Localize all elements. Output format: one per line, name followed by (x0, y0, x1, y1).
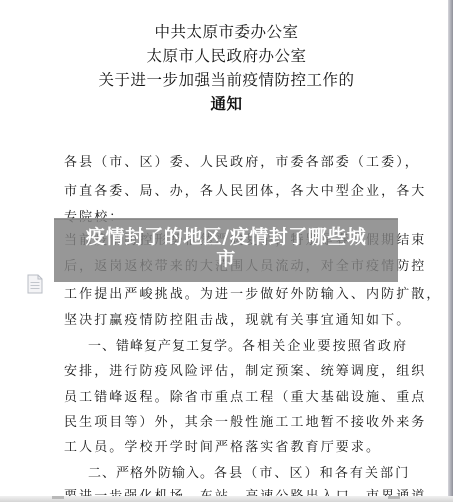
title-subject: 关于进一步加强当前疫情防控工作的 (0, 68, 453, 92)
section-1-first-line: 一、错峰复产复工复学。各相关企业要按照省政府 (88, 335, 418, 354)
section-1-line-3: 民生项目等）外，其余一般性施工工地暂不接收外来务 (64, 411, 394, 430)
document-page: 中共太原市委办公室 太原市人民政府办公室 关于进一步加强当前疫情防控工作的 通知… (0, 0, 453, 502)
section-2-heading: 二、严格外防输入。 (88, 466, 214, 481)
headline-text[interactable]: 疫情封了的地区/疫情封了哪些城 市 (56, 218, 396, 270)
body-line-2: 坚决打赢疫情防控阻击战，现就有关事宜通知如下。 (64, 309, 394, 328)
section-1-line-2: 员工错峰返程。除省市重点工程（重大基础设施、重点 (64, 386, 394, 405)
bottom-edge-tick-right (388, 496, 400, 499)
headline-line-1: 疫情封了的地区/疫情封了哪些城 (56, 218, 396, 248)
section-2-first-line-rest: 各县（市、区）和各有关部门 (214, 466, 410, 481)
headline-line-2: 市 (56, 248, 396, 270)
bottom-page-edge (0, 496, 453, 502)
right-scroll-edge[interactable] (448, 0, 453, 502)
section-1-heading: 一、错峰复产复工复学。 (88, 339, 242, 354)
title-notice: 通知 (0, 92, 453, 116)
section-1-line-4: 工人员。学校开学时间严格落实省教育厅要求。 (64, 436, 394, 455)
bottom-edge-tick-left (52, 496, 64, 499)
title-issuer-1: 中共太原市委办公室 (0, 20, 453, 44)
document-title: 中共太原市委办公室 太原市人民政府办公室 关于进一步加强当前疫情防控工作的 通知 (0, 20, 453, 116)
body-line-1: 工作提出严峻挑战。为进一步做好外防输入、内防扩散， (64, 283, 394, 302)
document-file-icon (27, 274, 43, 294)
section-2-first-line: 二、严格外防输入。各县（市、区）和各有关部门 (88, 462, 418, 481)
addressee-line-1: 各县（市、区）委、人民政府，市委各部委（工委）， (64, 151, 394, 170)
section-1-line-1: 安排，进行防疫风险评估，制定预案、统筹调度，组织 (64, 360, 394, 379)
title-issuer-2: 太原市人民政府办公室 (0, 44, 453, 68)
section-1-first-line-rest: 各相关企业要按照省政府 (242, 339, 408, 354)
addressee-line-2: 市直各委、局、办，各人民团体，各大中型企业，各大 (64, 180, 394, 199)
